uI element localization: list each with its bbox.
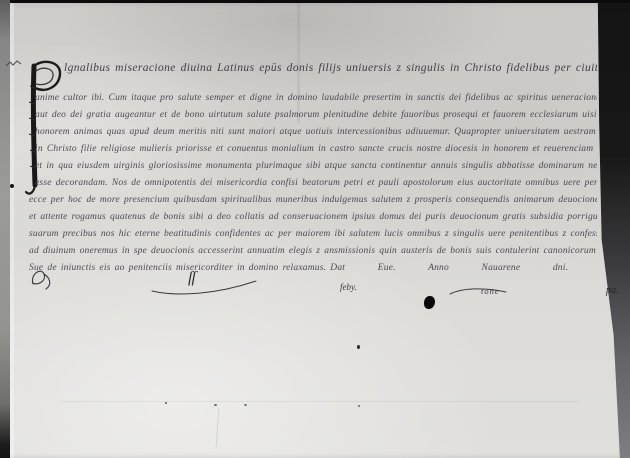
manuscript-photo: lgnalibus miseracione diuina Latinus epū… bbox=[0, 0, 630, 458]
manuscript-line: Sue de iniunctis eis ao penitenciis mise… bbox=[29, 262, 597, 275]
manuscript-line: anime cultor ibi. Cum itaque pro salute … bbox=[29, 92, 597, 105]
manuscript-line: honorem animas quas apud deum meritis ni… bbox=[29, 126, 597, 139]
ink-speck bbox=[358, 405, 360, 407]
manuscript-line: esse decorandam. Nos de omnipotentis dei… bbox=[29, 177, 597, 190]
margin-mark bbox=[5, 58, 23, 70]
left-paraph-mark bbox=[28, 264, 56, 292]
manuscript-line: suarum precibus nos hic eterne beatitudi… bbox=[29, 228, 597, 241]
manuscript-text-block: lgnalibus miseracione diuina Latinus epū… bbox=[29, 62, 597, 292]
ink-dot-margin bbox=[10, 184, 14, 188]
vertical-stain bbox=[297, 3, 300, 123]
center-paraph-flourish bbox=[148, 276, 260, 296]
ink-speck bbox=[165, 402, 167, 404]
ink-speck bbox=[244, 404, 247, 406]
right-edge-mark: pa. bbox=[606, 285, 619, 296]
fold-crease bbox=[60, 401, 580, 402]
manuscript-line: in Christo filie religiose mulieris prio… bbox=[29, 143, 597, 156]
ink-speck bbox=[357, 345, 360, 349]
manuscript-line: lgnalibus miseracione diuina Latinus epū… bbox=[29, 62, 597, 75]
manuscript-line: aut deo dei gratia augeantur et de bono … bbox=[29, 109, 597, 122]
photo-top-edge bbox=[0, 0, 630, 3]
manuscript-line: ecce per hoc de more presencium quibusda… bbox=[29, 194, 597, 207]
manuscript-line: et in qua eiusdem uirginis gloriosissime… bbox=[29, 160, 597, 173]
flourish-annotation: tone bbox=[481, 286, 500, 296]
date-annotation: feby. bbox=[340, 282, 357, 292]
manuscript-line: ad diuinum oneremus in spe deuocionis ac… bbox=[29, 245, 597, 258]
manuscript-line: et attente rogamus quatenus de bonis sib… bbox=[29, 211, 597, 224]
ink-speck bbox=[214, 404, 217, 406]
